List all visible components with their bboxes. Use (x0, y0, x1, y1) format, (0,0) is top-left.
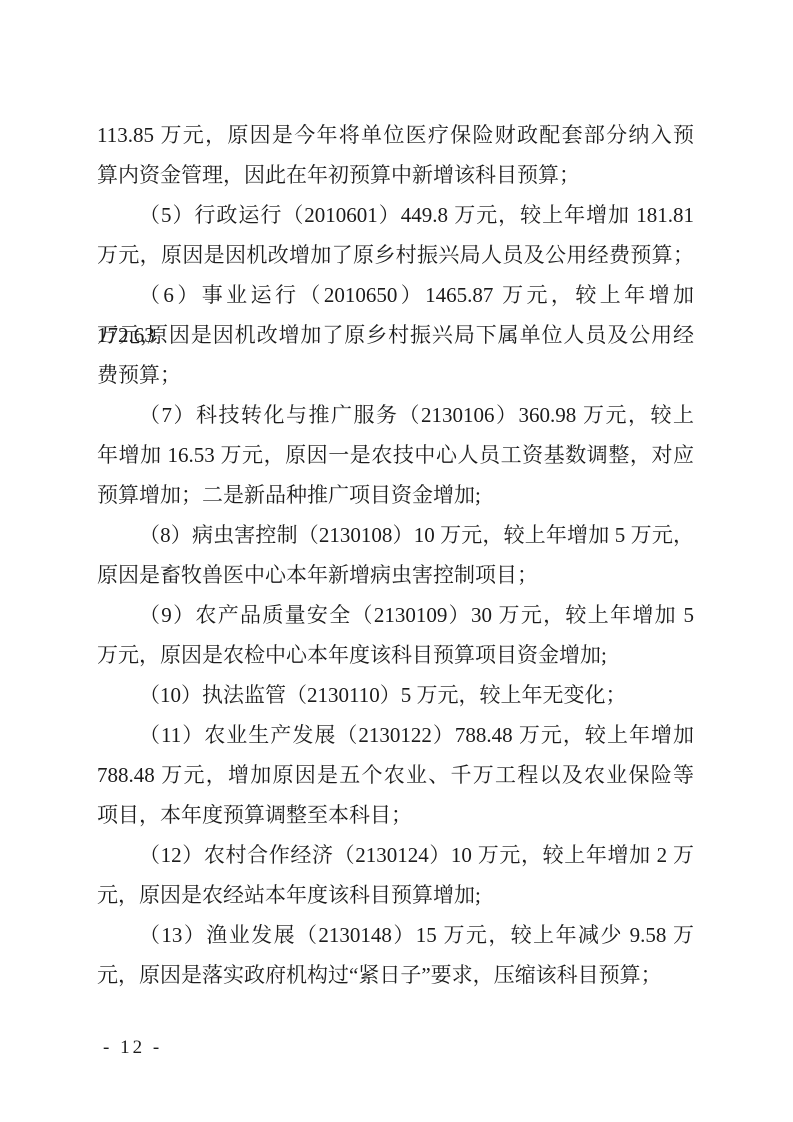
text-line: 算内资金管理，因此在年初预算中新增该科目预算； (97, 155, 694, 195)
text-line: 元，原因是落实政府机构过“紧日子”要求，压缩该科目预算； (97, 955, 694, 995)
text-line: 113.85 万元，原因是今年将单位医疗保险财政配套部分纳入预 (97, 115, 694, 155)
text-line: （12）农村合作经济（2130124）10 万元，较上年增加 2 万 (97, 835, 694, 875)
body-text: 113.85 万元，原因是今年将单位医疗保险财政配套部分纳入预 算内资金管理，因… (97, 115, 694, 995)
document-page: 113.85 万元，原因是今年将单位医疗保险财政配套部分纳入预 算内资金管理，因… (0, 0, 793, 1122)
text-line: 万元,原因是因机改增加了原乡村振兴局下属单位人员及公用经 (97, 315, 694, 355)
text-line: （6）事业运行（2010650）1465.87 万元，较上年增加 172.63 (97, 275, 694, 315)
text-line: （7）科技转化与推广服务（2130106）360.98 万元，较上 (97, 395, 694, 435)
text-line: （5）行政运行（2010601）449.8 万元，较上年增加 181.81 (97, 195, 694, 235)
text-line: 项目，本年度预算调整至本科目； (97, 795, 694, 835)
text-line: （13）渔业发展（2130148）15 万元，较上年减少 9.58 万 (97, 915, 694, 955)
text-line: 原因是畜牧兽医中心本年新增病虫害控制项目； (97, 555, 694, 595)
text-line: （10）执法监管（2130110）5 万元，较上年无变化； (97, 675, 694, 715)
text-line: 元，原因是农经站本年度该科目预算增加; (97, 875, 694, 915)
text-line: （11）农业生产发展（2130122）788.48 万元，较上年增加 (97, 715, 694, 755)
text-line: 万元，原因是因机改增加了原乡村振兴局人员及公用经费预算； (97, 235, 694, 275)
page-number: - 12 - (103, 1036, 162, 1060)
text-line: 年增加 16.53 万元，原因一是农技中心人员工资基数调整，对应 (97, 435, 694, 475)
text-line: （9）农产品质量安全（2130109）30 万元，较上年增加 5 (97, 595, 694, 635)
text-line: 万元，原因是农检中心本年度该科目预算项目资金增加; (97, 635, 694, 675)
text-line: 预算增加；二是新品种推广项目资金增加; (97, 475, 694, 515)
text-line: 788.48 万元，增加原因是五个农业、千万工程以及农业保险等 (97, 755, 694, 795)
text-line: （8）病虫害控制（2130108）10 万元，较上年增加 5 万元， (97, 515, 694, 555)
text-line: 费预算； (97, 355, 694, 395)
